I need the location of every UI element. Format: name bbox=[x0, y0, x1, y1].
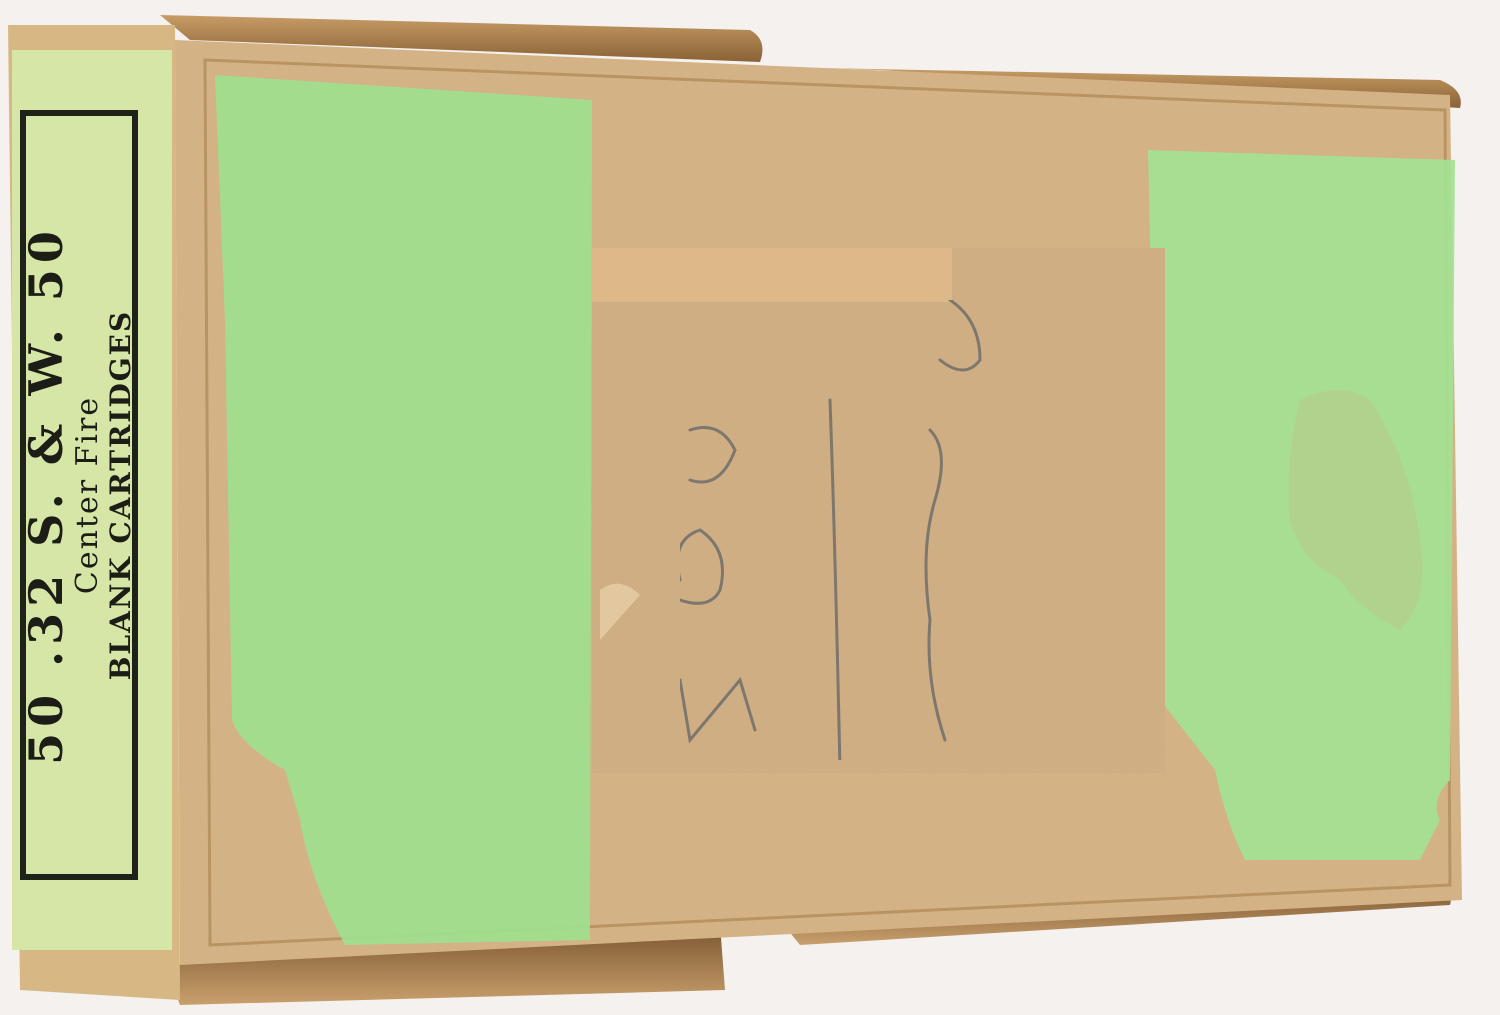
cartridge-type-line: BLANK CARTRIDGES bbox=[107, 310, 135, 681]
cartridge-box-photo: 50 .32 S. & W. 50 Center Fire BLANK CART… bbox=[0, 0, 1500, 1015]
caliber-line: 50 .32 S. & W. 50 bbox=[23, 225, 69, 765]
end-label-text: 50 .32 S. & W. 50 Center Fire BLANK CART… bbox=[24, 115, 134, 875]
primer-type-line: Center Fire bbox=[73, 396, 103, 594]
end-label: 50 .32 S. & W. 50 Center Fire BLANK CART… bbox=[20, 110, 138, 880]
pencil-handwriting bbox=[680, 300, 1040, 760]
